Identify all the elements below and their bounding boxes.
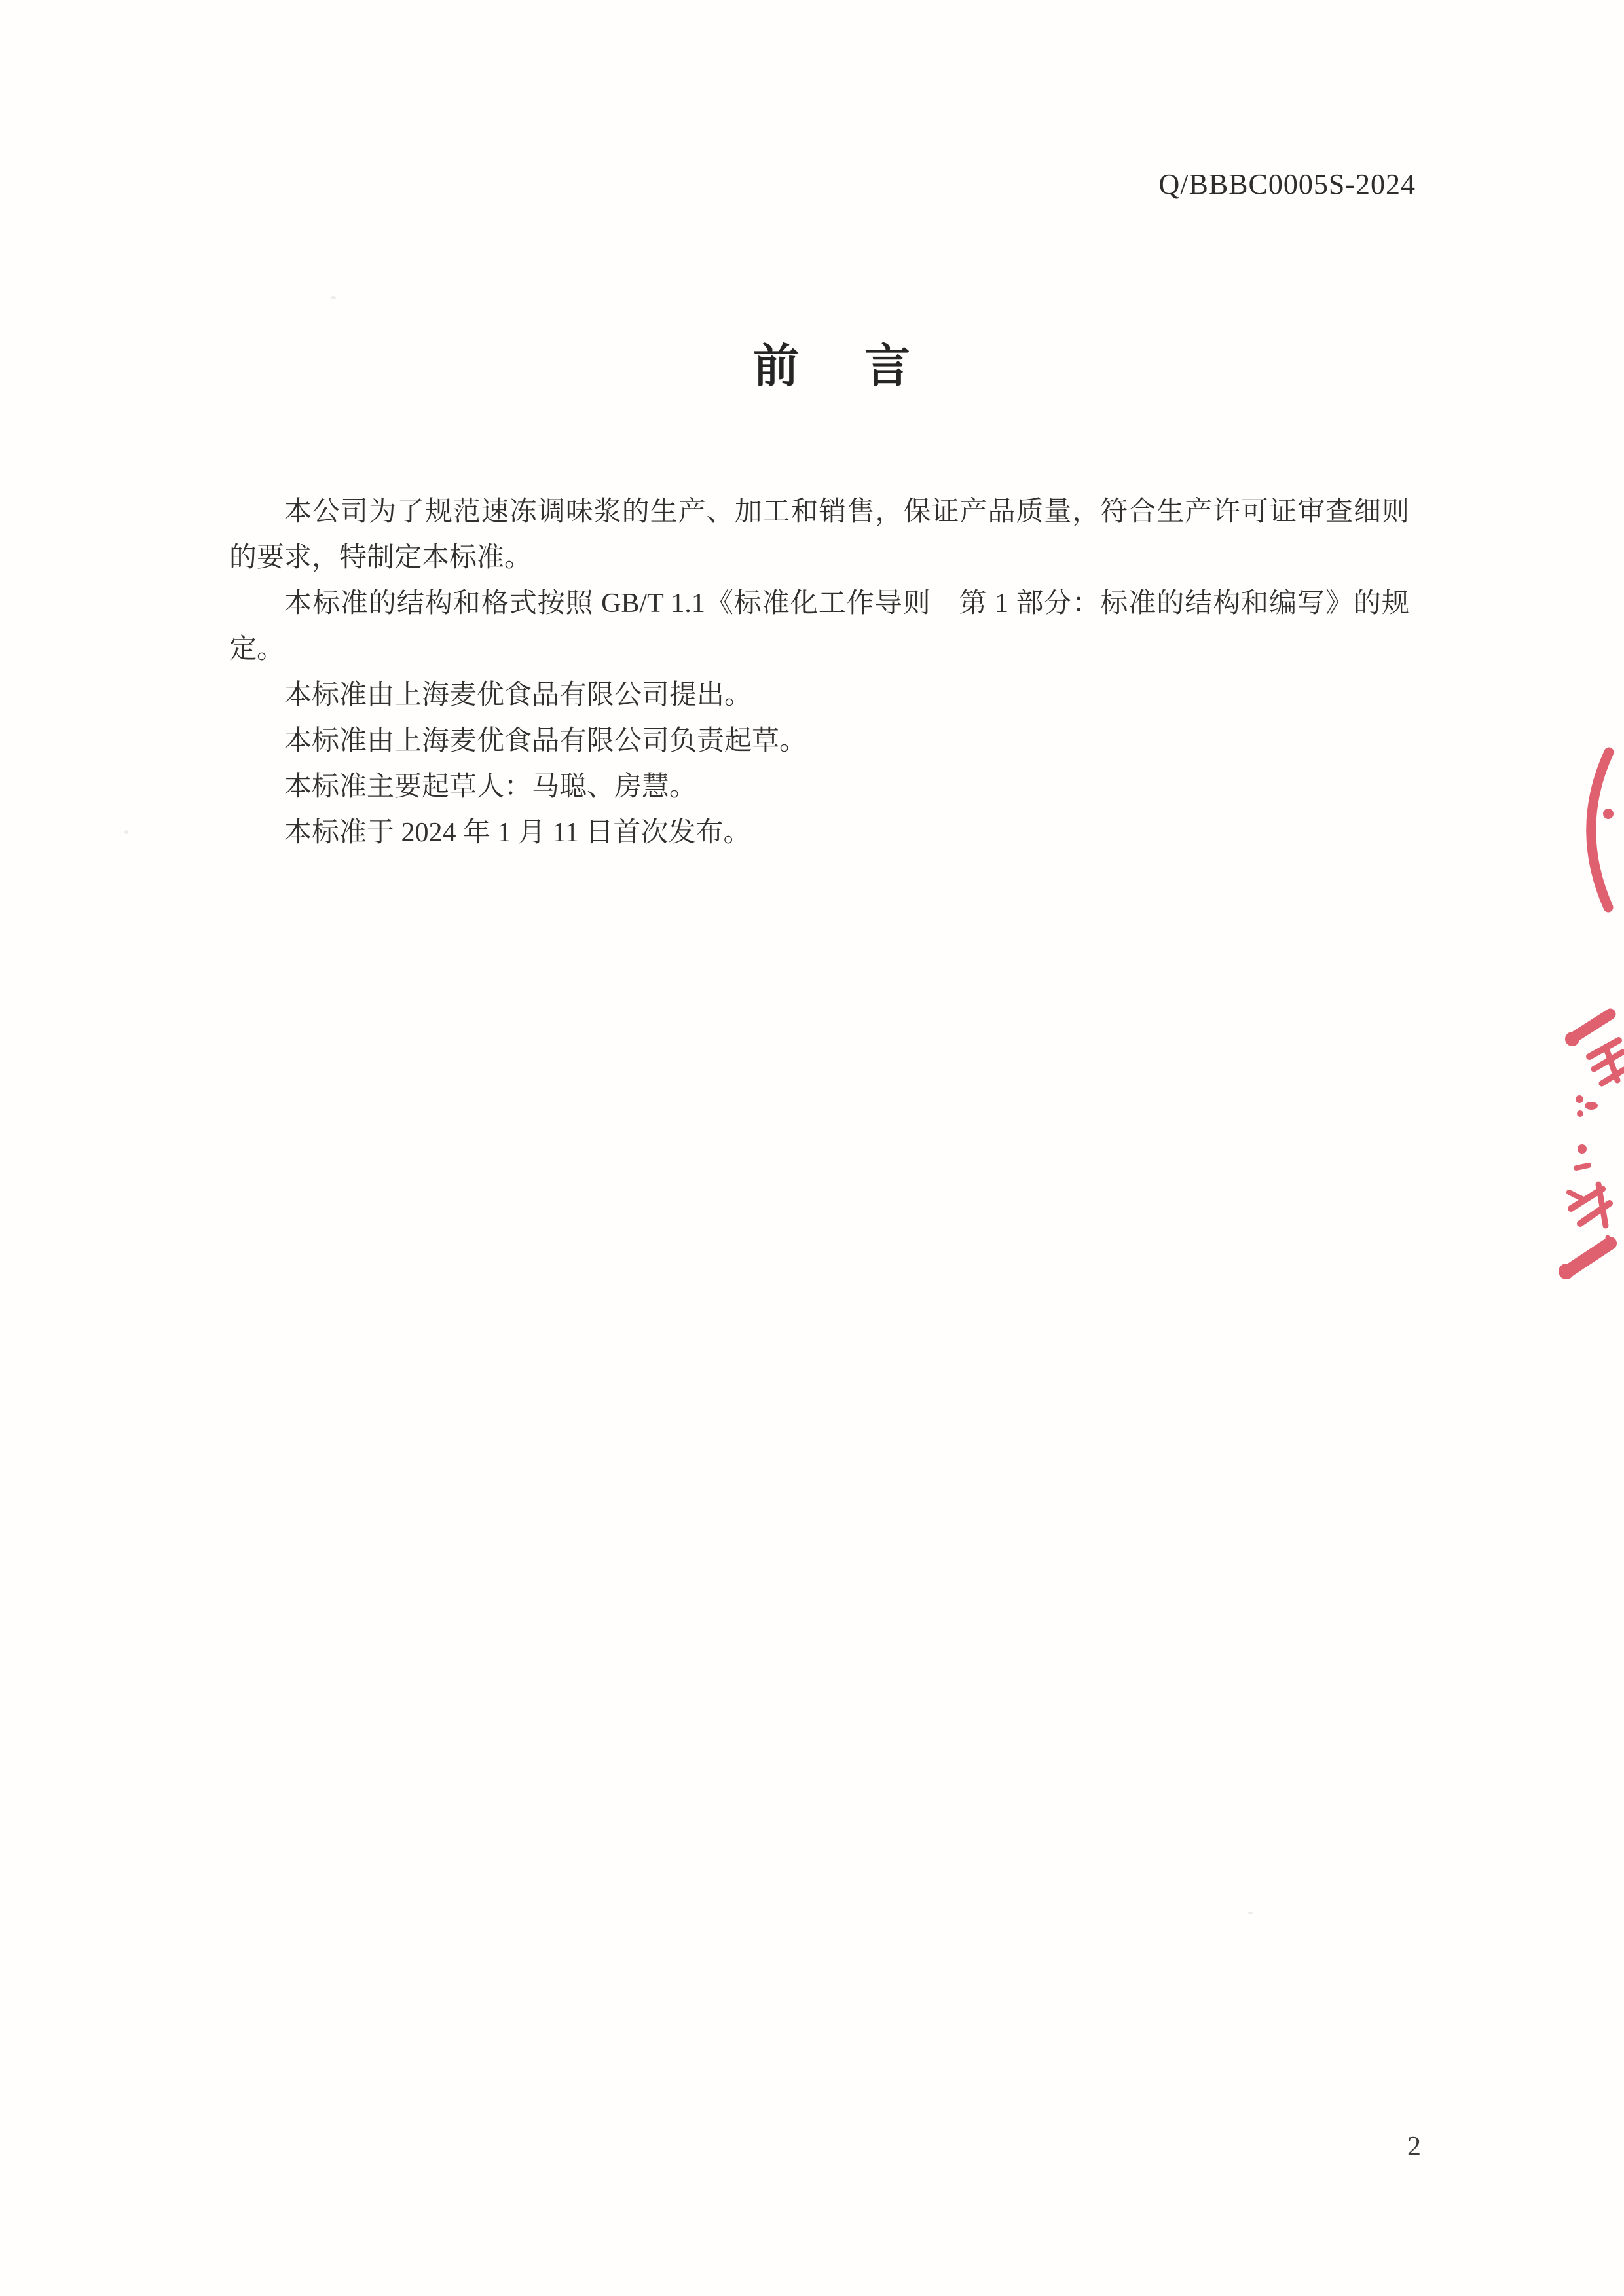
document-page: Q/BBBC0005S-2024 前 言 本公司为了规范速冻调味浆的生产、加工和… (0, 0, 1624, 2296)
foreword-body: 本公司为了规范速冻调味浆的生产、加工和销售，保证产品质量，符合生产许可证审查细则… (229, 489, 1409, 856)
scan-noise-speck (124, 830, 128, 834)
red-seal-fragment-icon (1559, 720, 1624, 1296)
foreword-paragraph: 本标准由上海麦优食品有限公司提出。 (229, 672, 1409, 718)
scan-noise-speck (331, 296, 336, 299)
page-title-char-left: 前 (753, 343, 799, 389)
page-title: 前 言 (753, 343, 910, 389)
page-number: 2 (1407, 2132, 1421, 2162)
foreword-paragraph: 本标准于 2024 年 1 月 11 日首次发布。 (229, 810, 1409, 856)
foreword-paragraph: 本标准由上海麦优食品有限公司负责起草。 (229, 718, 1409, 764)
foreword-paragraph: 本标准的结构和格式按照 GB/T 1.1《标准化工作导则 第 1 部分：标准的结… (229, 581, 1409, 672)
page-title-char-right: 言 (864, 343, 910, 389)
scan-noise-speck (1248, 1912, 1253, 1914)
foreword-paragraph: 本标准主要起草人：马聪、房慧。 (229, 764, 1409, 810)
foreword-paragraph: 本公司为了规范速冻调味浆的生产、加工和销售，保证产品质量，符合生产许可证审查细则… (229, 489, 1409, 581)
standard-number: Q/BBBC0005S-2024 (1158, 169, 1416, 200)
